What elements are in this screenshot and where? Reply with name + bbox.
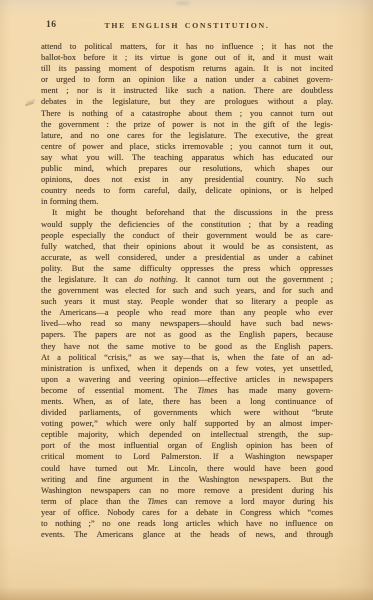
text-line: critical moment to Lord Palmerston. If a…	[41, 451, 333, 462]
text-line: papers. The papers are not as good as th…	[41, 329, 333, 340]
text-line: the legislature. It can do nothing. It c…	[41, 274, 333, 285]
page-body-text: attend to political matters, for it has …	[41, 41, 333, 540]
text-line: fully watched, that their opinions about…	[41, 241, 333, 252]
text-line: lived—who read so many newspapers—should…	[41, 318, 333, 329]
text-line: polity. But the same difficulty oppresse…	[41, 263, 333, 274]
text-line: There is nothing of a catastrophe about …	[41, 108, 333, 119]
text-line: writing and fine argument in the Washing…	[41, 474, 333, 485]
text-line: the Americans—a people who read more tha…	[41, 307, 333, 318]
book-page-scan: 16 THE ENGLISH CONSTITUTION. attend to p…	[0, 0, 373, 600]
text-line: would supply the deficiencies of the con…	[41, 219, 333, 230]
text-line: people especially the conduct of their g…	[41, 230, 333, 241]
text-line: Washington newspapers can no more remove…	[41, 485, 333, 496]
text-line: ment ; nor is it instructed like such a …	[41, 85, 333, 96]
text-line: upon a wavering and veering opinion—effe…	[41, 374, 333, 385]
text-line: At a political “crisis,” as we say—that …	[41, 352, 333, 363]
text-line: lature, and no one cares for the legisla…	[41, 130, 333, 141]
text-line: port of the most influential organ of En…	[41, 440, 333, 451]
text-line: such years it must stay. People wonder t…	[41, 296, 333, 307]
text-line: events. The Americans glance at the head…	[41, 529, 333, 540]
text-line: till its passing moment of despotism ret…	[41, 63, 333, 74]
text-line: attend to political matters, for it has …	[41, 41, 333, 52]
text-line: opinions, does not exist in any presiden…	[41, 174, 333, 185]
text-line: country needs to form careful, daily, de…	[41, 185, 333, 196]
text-line: ballot-box before it ; its virtue is gon…	[41, 52, 333, 63]
text-line: debates in the legislature, but they are…	[41, 96, 333, 107]
text-line: public mind, which prepares our resoluti…	[41, 163, 333, 174]
running-header-title: THE ENGLISH CONSTITUTION.	[41, 21, 333, 30]
text-line: could have turned out Mr. Lincoln, there…	[41, 463, 333, 474]
text-line: the government : the prize of power is n…	[41, 119, 333, 130]
text-line: in forming them.	[41, 196, 333, 207]
margin-pencil-mark	[25, 102, 34, 107]
text-line: divided parliaments, of governments whic…	[41, 407, 333, 418]
text-line: or urged to form an opinion like a natio…	[41, 74, 333, 85]
text-line: become of essential moment. The Times ha…	[41, 385, 333, 396]
text-line: It might be thought beforehand that the …	[41, 207, 333, 218]
text-line: year of office. Nobody cares for a debat…	[41, 507, 333, 518]
running-header-row: 16 THE ENGLISH CONSTITUTION.	[41, 20, 333, 32]
text-line: ministration is unfixed, when it depends…	[41, 363, 333, 374]
text-line: the government was elected for such and …	[41, 285, 333, 296]
text-line: they have not the same motive to be good…	[41, 341, 333, 352]
text-line: term of place than the Times can remove …	[41, 496, 333, 507]
text-line: ments. When, as of late, there has been …	[41, 396, 333, 407]
text-line: ceptible majority, which depended on int…	[41, 429, 333, 440]
text-line: centre of power and place, sticks irremo…	[41, 141, 333, 152]
scan-smudge-mark	[176, 1, 190, 5]
text-line: voting power,” which were only half supp…	[41, 418, 333, 429]
text-line: accurate, as well considered, under a pr…	[41, 252, 333, 263]
text-line: say what you will. The teaching apparatu…	[41, 152, 333, 163]
text-line: to nothing ;” no one reads long articles…	[41, 518, 333, 529]
